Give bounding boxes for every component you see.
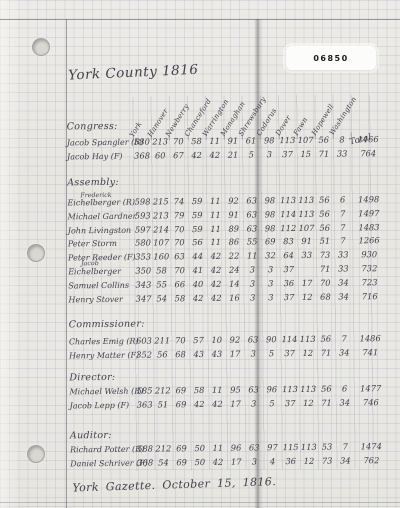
section-label: Congress:	[67, 118, 393, 132]
vote-value: 69	[172, 399, 190, 409]
vote-value: 3	[260, 149, 278, 159]
vote-value: 368	[133, 150, 151, 160]
section-rows: Jacob Spangler (R) 580 213 70 58 11 91 6…	[67, 134, 393, 165]
result-row: Henry Matter (F) 352 56 68 43 43 17 3 5 …	[69, 347, 395, 364]
candidate-name-text: Jacob Spangler (R)	[67, 138, 144, 148]
vote-value: 42	[207, 251, 225, 261]
candidate-name-text: Eichelberger (R)	[67, 198, 135, 208]
vote-value: 92	[226, 335, 244, 345]
vote-value: 107	[296, 135, 314, 145]
vote-value: 22	[225, 251, 243, 261]
vote-value: 113	[278, 135, 296, 145]
vote-value: 59	[188, 210, 206, 220]
vote-value: 60	[151, 150, 169, 160]
vote-value: 69	[261, 237, 279, 247]
total-value: 1486	[353, 333, 387, 343]
vote-value: 70	[171, 335, 189, 345]
vote-value: 56	[315, 208, 333, 218]
vote-value: 86	[225, 237, 243, 247]
vote-value: 33	[334, 250, 352, 260]
vote-value: 17	[298, 278, 316, 288]
vote-value: 51	[316, 236, 334, 246]
vote-value: 32	[261, 250, 279, 260]
vote-value: 73	[318, 455, 336, 465]
candidate-name-text: John Livingston	[68, 225, 131, 235]
vote-value: 33	[334, 263, 352, 273]
total-value: 762	[354, 455, 388, 465]
vote-value: 597	[134, 224, 152, 234]
total-value: 723	[353, 277, 387, 287]
vote-value: 56	[315, 135, 333, 145]
vote-value: 43	[208, 349, 226, 359]
vote-value: 42	[207, 265, 225, 275]
candidate-name-text: Henry Stover	[68, 294, 122, 304]
vote-value: 56	[153, 349, 171, 359]
vote-value: 11	[207, 237, 225, 247]
vote-value: 51	[154, 399, 172, 409]
vote-value: 95	[226, 385, 244, 395]
section-label: Assembly:	[67, 174, 393, 188]
section-rows: Richard Potter (R) 588 212 69 50 11 96 6…	[70, 441, 396, 472]
vote-value: 211	[153, 335, 171, 345]
candidate-name: Peter Storm	[68, 239, 134, 249]
section-assembly: Assembly: Frederick Eichelberger (R) 598…	[67, 174, 394, 308]
vote-value: 34	[336, 455, 354, 465]
vote-value: 7	[336, 441, 354, 451]
total-value: 741	[353, 347, 387, 357]
candidate-name-text: Jacob Hay (F)	[67, 152, 123, 162]
vote-value: 15	[297, 149, 315, 159]
total-value: 1474	[354, 441, 388, 451]
candidate-name-text: Henry Matter (F)	[69, 350, 139, 360]
vote-value: 42	[189, 293, 207, 303]
vote-value: 8	[333, 134, 351, 144]
vote-value: 58	[152, 265, 170, 275]
vote-value: 12	[299, 348, 317, 358]
candidate-name-text: Charles Emig (R)	[69, 337, 139, 347]
vote-value: 17	[226, 348, 244, 358]
vote-value: 3	[244, 348, 262, 358]
vote-value: 5	[262, 348, 280, 358]
candidate-name: Jacob Lepp (F)	[70, 400, 136, 410]
vote-value: 61	[242, 135, 260, 145]
vote-value: 212	[154, 385, 172, 395]
vote-value: 55	[243, 237, 261, 247]
vote-value: 70	[170, 224, 188, 234]
vote-value: 353	[134, 252, 152, 262]
vote-value: 37	[278, 149, 296, 159]
vote-value: 98	[260, 135, 278, 145]
vote-value: 363	[136, 399, 154, 409]
vote-value: 68	[316, 291, 334, 301]
vote-value: 91	[224, 136, 242, 146]
vote-value: 42	[187, 150, 205, 160]
vote-value: 350	[134, 265, 152, 275]
total-value: 930	[352, 249, 386, 259]
vote-value: 91	[224, 209, 242, 219]
vote-value: 89	[225, 223, 243, 233]
vote-value: 71	[317, 347, 335, 357]
vote-value: 7	[334, 208, 352, 218]
result-row: Jacob Lepp (F) 363 51 69 42 42 17 3 5 37…	[70, 397, 396, 414]
vote-value: 42	[207, 292, 225, 302]
vote-value: 53	[318, 442, 336, 452]
vote-value: 114	[280, 334, 298, 344]
vote-value: 58	[190, 385, 208, 395]
candidate-name-text: Eichelberger	[68, 267, 121, 277]
vote-value: 70	[170, 265, 188, 275]
vote-value: 37	[280, 348, 298, 358]
page-title: York County 1816	[68, 62, 199, 84]
candidate-name-text: Michael Gardner	[68, 211, 137, 221]
vote-value: 107	[152, 238, 170, 248]
footer-citation: York Gazette. October 15, 1816.	[72, 475, 276, 494]
vote-value: 3	[262, 278, 280, 288]
vote-value: 56	[316, 222, 334, 232]
vote-value: 66	[171, 279, 189, 289]
vote-value: 113	[299, 334, 317, 344]
vote-value: 17	[226, 398, 244, 408]
vote-value: 63	[244, 384, 262, 394]
vote-value: 598	[133, 197, 151, 207]
vote-value: 91	[298, 236, 316, 246]
vote-value: 42	[208, 399, 226, 409]
vote-value: 79	[170, 210, 188, 220]
vote-value: 114	[279, 209, 297, 219]
vote-value: 6	[335, 383, 353, 393]
handwritten-content: York County 1816 York Hanover Newberry C…	[0, 0, 400, 508]
vote-value: 59	[188, 196, 206, 206]
candidate-name-text: Peter Storm	[68, 239, 117, 249]
vote-value: 112	[279, 223, 297, 233]
vote-value: 58	[187, 136, 205, 146]
vote-value: 56	[188, 237, 206, 247]
vote-value: 69	[172, 385, 190, 395]
vote-value: 57	[189, 335, 207, 345]
section-rows: Frederick Eichelberger (R) 598 215 74 59…	[67, 194, 394, 308]
vote-value: 63	[244, 334, 262, 344]
vote-value: 3	[261, 264, 279, 274]
candidate-name: Jacob Spangler (R)	[67, 138, 133, 148]
vote-value: 11	[206, 196, 224, 206]
vote-value: 54	[154, 457, 172, 467]
vote-value: 37	[281, 398, 299, 408]
vote-value: 36	[282, 456, 300, 466]
vote-value: 214	[152, 224, 170, 234]
candidate-name-text: Peter Reeder (F)	[68, 253, 136, 263]
total-value: 732	[352, 263, 386, 273]
candidate-name-text: Jacob Lepp (F)	[70, 401, 130, 411]
candidate-name: Samuel Collins	[68, 280, 134, 290]
candidate-name: Michael Welsh (R)	[69, 387, 135, 397]
vote-value: 96	[227, 443, 245, 453]
vote-value: 96	[263, 384, 281, 394]
section-congress: Congress: Jacob Spangler (R) 580 213 70 …	[67, 118, 393, 165]
vote-value: 50	[191, 457, 209, 467]
vote-value: 92	[224, 196, 242, 206]
candidate-name-text: Richard Potter (R)	[70, 445, 144, 455]
vote-value: 24	[225, 265, 243, 275]
vote-value: 212	[154, 443, 172, 453]
vote-value: 33	[333, 148, 351, 158]
vote-value: 40	[189, 279, 207, 289]
candidate-name: Charles Emig (R)	[69, 337, 135, 347]
vote-value: 3	[262, 292, 280, 302]
vote-value: 43	[190, 349, 208, 359]
vote-value: 34	[334, 277, 352, 287]
vote-value: 69	[172, 443, 190, 453]
vote-value: 7	[335, 333, 353, 343]
vote-value: 56	[315, 195, 333, 205]
vote-value: 74	[170, 196, 188, 206]
vote-value: 11	[243, 251, 261, 261]
vote-value: 68	[171, 349, 189, 359]
vote-value: 58	[171, 293, 189, 303]
candidate-name: Frederick Eichelberger (R)	[67, 198, 133, 208]
vote-value: 11	[206, 223, 224, 233]
vote-value: 34	[335, 347, 353, 357]
vote-value: 21	[224, 149, 242, 159]
vote-value: 71	[317, 397, 335, 407]
candidate-name-text: Daniel Schriver (F)	[70, 458, 148, 468]
vote-value: 70	[316, 277, 334, 287]
vote-value: 12	[298, 291, 316, 301]
vote-value: 12	[300, 456, 318, 466]
vote-value: 71	[315, 148, 333, 158]
vote-value: 113	[297, 195, 315, 205]
section-label: Auditor:	[70, 427, 396, 441]
vote-value: 160	[152, 251, 170, 261]
candidate-name: Daniel Schriver (F)	[70, 458, 136, 468]
vote-value: 63	[243, 195, 261, 205]
vote-value: 113	[299, 384, 317, 394]
scanned-ledger-page: 06850 York County 1816 York Hanover Newb…	[0, 0, 400, 508]
vote-value: 11	[206, 210, 224, 220]
total-value: 1483	[352, 222, 386, 232]
vote-value: 63	[243, 209, 261, 219]
vote-value: 63	[245, 442, 263, 452]
vote-value: 98	[261, 223, 279, 233]
vote-value: 343	[134, 279, 152, 289]
candidate-name-text: Samuel Collins	[68, 281, 129, 291]
vote-value: 63	[170, 251, 188, 261]
vote-value: 347	[134, 293, 152, 303]
vote-value: 10	[208, 335, 226, 345]
vote-value: 42	[190, 399, 208, 409]
vote-value: 64	[279, 250, 297, 260]
vote-value: 113	[281, 384, 299, 394]
candidate-name: Jacob Eichelberger	[68, 267, 134, 277]
vote-value: 14	[225, 278, 243, 288]
vote-value: 4	[263, 456, 281, 466]
vote-value: 90	[262, 334, 280, 344]
total-value: 764	[351, 148, 385, 158]
vote-value: 115	[281, 442, 299, 452]
vote-value: 98	[261, 195, 279, 205]
vote-value: 107	[297, 222, 315, 232]
result-row: Jacob Hay (F) 368 60 67 42 42 21 5 3 37 …	[67, 148, 393, 165]
total-value: 1497	[352, 208, 386, 218]
vote-value: 97	[263, 442, 281, 452]
section-rows: Charles Emig (R) 603 211 70 57 10 92 63 …	[69, 333, 395, 364]
vote-value: 17	[227, 456, 245, 466]
vote-value: 73	[316, 250, 334, 260]
vote-value: 5	[263, 398, 281, 408]
vote-value: 5	[242, 149, 260, 159]
vote-value: 580	[134, 238, 152, 248]
vote-value: 113	[297, 209, 315, 219]
vote-value: 113	[279, 195, 297, 205]
section-rows: Michael Welsh (R) 585 212 69 58 11 95 63…	[69, 383, 395, 414]
candidate-name: Jacob Hay (F)	[67, 151, 133, 161]
candidate-name: Henry Stover	[68, 294, 134, 304]
vote-value: 3	[244, 292, 262, 302]
vote-value: 83	[279, 236, 297, 246]
vote-value: 33	[298, 250, 316, 260]
vote-value: 36	[280, 278, 298, 288]
total-value: 746	[354, 397, 388, 407]
candidate-name: Richard Potter (R)	[70, 445, 136, 455]
vote-value: 42	[209, 457, 227, 467]
result-row: Daniel Schriver (F) 368 54 69 50 42 17 3…	[70, 455, 396, 472]
vote-value: 63	[243, 223, 261, 233]
vote-value: 42	[207, 279, 225, 289]
candidate-name: John Livingston	[68, 225, 134, 235]
vote-value: 215	[152, 196, 170, 206]
vote-value: 54	[153, 293, 171, 303]
candidate-first-name: Frederick	[80, 191, 111, 198]
vote-value: 41	[189, 265, 207, 275]
vote-value: 11	[208, 385, 226, 395]
vote-value: 37	[280, 292, 298, 302]
vote-value: 70	[169, 136, 187, 146]
total-value: 1466	[351, 134, 385, 144]
vote-value: 7	[334, 236, 352, 246]
vote-value: 67	[169, 150, 187, 160]
section-label: Director:	[69, 369, 395, 383]
vote-value: 70	[170, 238, 188, 248]
total-value: 1477	[354, 383, 388, 393]
vote-value: 3	[243, 264, 261, 274]
vote-value: 213	[151, 136, 169, 146]
vote-value: 50	[191, 443, 209, 453]
total-value: 1266	[352, 235, 386, 245]
vote-value: 113	[300, 442, 318, 452]
section-auditor: Auditor: Richard Potter (R) 588 212 69 5…	[70, 427, 396, 472]
total-value: 1498	[352, 194, 386, 204]
vote-value: 3	[245, 398, 263, 408]
vote-value: 3	[243, 278, 261, 288]
vote-value: 56	[317, 334, 335, 344]
vote-value: 56	[317, 384, 335, 394]
candidate-name: Henry Matter (F)	[69, 350, 135, 360]
vote-value: 11	[206, 136, 224, 146]
candidate-first-name: Jacob	[81, 261, 99, 268]
section-director: Director: Michael Welsh (R) 585 212 69 5…	[69, 369, 395, 414]
result-row: Henry Stover 347 54 58 42 42 16 3 3 37 1…	[68, 291, 394, 308]
section-commissioner: Commissioner: Charles Emig (R) 603 211 7…	[69, 316, 395, 364]
vote-value: 3	[245, 456, 263, 466]
vote-value: 7	[334, 222, 352, 232]
vote-value: 16	[225, 292, 243, 302]
vote-value: 71	[316, 264, 334, 274]
vote-value: 12	[299, 398, 317, 408]
vote-value: 34	[336, 397, 354, 407]
candidate-name: Peter Reeder (F)	[68, 253, 134, 263]
vote-value: 44	[189, 251, 207, 261]
vote-value: 59	[188, 224, 206, 234]
vote-value: 6	[333, 194, 351, 204]
candidate-name-text: Michael Welsh (R)	[69, 387, 143, 397]
vote-value: 11	[209, 443, 227, 453]
candidate-name: Michael Gardner	[68, 211, 134, 221]
vote-value: 69	[173, 457, 191, 467]
vote-value: 37	[280, 264, 298, 274]
vote-value: 34	[334, 291, 352, 301]
vote-value: 98	[261, 209, 279, 219]
vote-value: 42	[206, 150, 224, 160]
vote-value: 213	[152, 210, 170, 220]
vote-value: 55	[152, 279, 170, 289]
section-label: Commissioner:	[69, 316, 395, 330]
total-value: 716	[353, 291, 387, 301]
